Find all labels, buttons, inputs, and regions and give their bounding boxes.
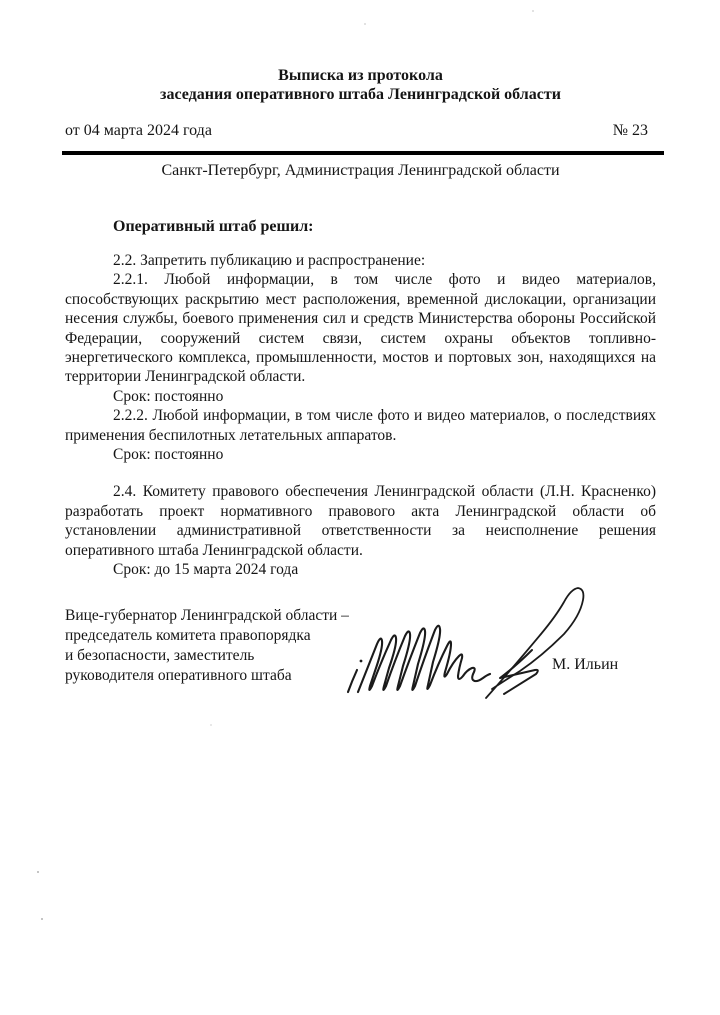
term-line-1: Срок: постоянно [65, 387, 656, 406]
paragraph-2-4: 2.4. Комитету правового обеспечения Лени… [65, 482, 656, 560]
resolution-heading: Оперативный штаб решил: [65, 217, 656, 236]
paragraph-2-2-1: 2.2.1. Любой информации, в том числе фот… [65, 270, 656, 386]
document-meta-row: от 04 марта 2024 года № 23 [65, 121, 656, 140]
paragraph-2-2-2: 2.2.2. Любой информации, в том числе фот… [65, 406, 656, 445]
document-place-line: Санкт-Петербург, Администрация Ленинград… [65, 161, 656, 180]
scan-speck [532, 10, 534, 12]
signatory-name: М. Ильин [552, 656, 618, 674]
document-title: Выписка из протокола заседания оперативн… [65, 66, 656, 104]
scan-speck [364, 23, 366, 25]
document-number: № 23 [613, 121, 656, 140]
document-content: Выписка из протокола заседания оперативн… [0, 66, 720, 726]
signature-block: Вице-губернатор Ленинградской области – … [65, 606, 656, 726]
document-title-line1: Выписка из протокола [65, 66, 656, 85]
term-line-2: Срок: постоянно [65, 445, 656, 464]
signature-stroke [348, 588, 583, 698]
scanned-document-page: Выписка из протокола заседания оперативн… [0, 0, 720, 1015]
scan-speck [210, 724, 212, 726]
scan-speck [41, 918, 43, 920]
document-date: от 04 марта 2024 года [65, 121, 212, 140]
scan-speck [37, 871, 39, 873]
header-divider [62, 151, 664, 155]
handwritten-signature-icon [336, 578, 598, 710]
document-title-line2: заседания оперативного штаба Ленинградск… [65, 85, 656, 104]
paragraph-2-2: 2.2. Запретить публикацию и распростране… [65, 251, 656, 270]
